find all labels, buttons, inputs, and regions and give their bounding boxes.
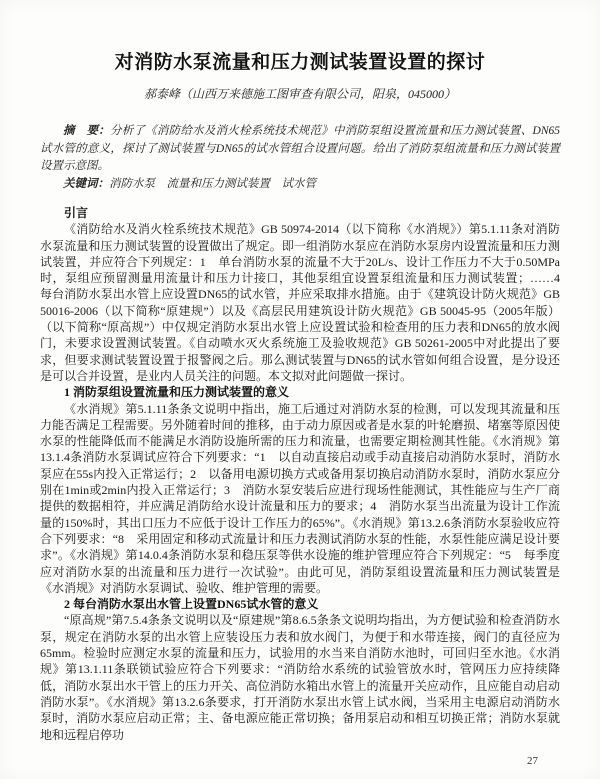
section-heading-2: 2 每台消防水泵出水管上设置DN65试水管的意义: [40, 596, 560, 612]
page-number: 27: [527, 755, 538, 767]
section-heading-intro: 引言: [40, 205, 560, 221]
article-body: 引言 《消防给水及消火栓系统技术规范》GB 50974-2014（以下简称《水消…: [40, 205, 560, 743]
document-page: 对消防水泵流量和压力测试装置设置的探讨 郝泰峰（山西万来德施工图审查有限公司，阳…: [0, 0, 600, 779]
section-1-paragraph: 《水消规》第5.1.11条条文说明中指出，施工后通过对消防水泵的检测，可以发现其…: [40, 401, 560, 597]
abstract-paragraph: 摘 要：分析了《消防给水及消火栓系统技术规范》中消防泵组设置流量和压力测试装置、…: [40, 123, 560, 176]
keywords-label: 关键词：: [63, 178, 109, 190]
author-line: 郝泰峰（山西万来德施工图审查有限公司，阳泉，045000）: [40, 85, 560, 102]
abstract-label: 摘 要：: [63, 125, 110, 137]
section-heading-1: 1 消防泵组设置流量和压力测试装置的意义: [40, 384, 560, 400]
page-title: 对消防水泵流量和压力测试装置设置的探讨: [40, 47, 560, 74]
keywords-text: 消防水泵 流量和压力测试装置 试水管: [109, 178, 316, 190]
keywords-line: 关键词：消防水泵 流量和压力测试装置 试水管: [40, 176, 560, 194]
intro-paragraph: 《消防给水及消火栓系统技术规范》GB 50974-2014（以下简称《水消规》）…: [40, 221, 560, 384]
abstract-block: 摘 要：分析了《消防给水及消火栓系统技术规范》中消防泵组设置流量和压力测试装置、…: [40, 123, 560, 193]
section-2-paragraph: “原高规”第7.5.4条条文说明以及“原建规”第8.6.5条条文说明均指出，为方…: [40, 612, 560, 742]
abstract-text: 分析了《消防给水及消火栓系统技术规范》中消防泵组设置流量和压力测试装置、DN65…: [40, 125, 560, 172]
